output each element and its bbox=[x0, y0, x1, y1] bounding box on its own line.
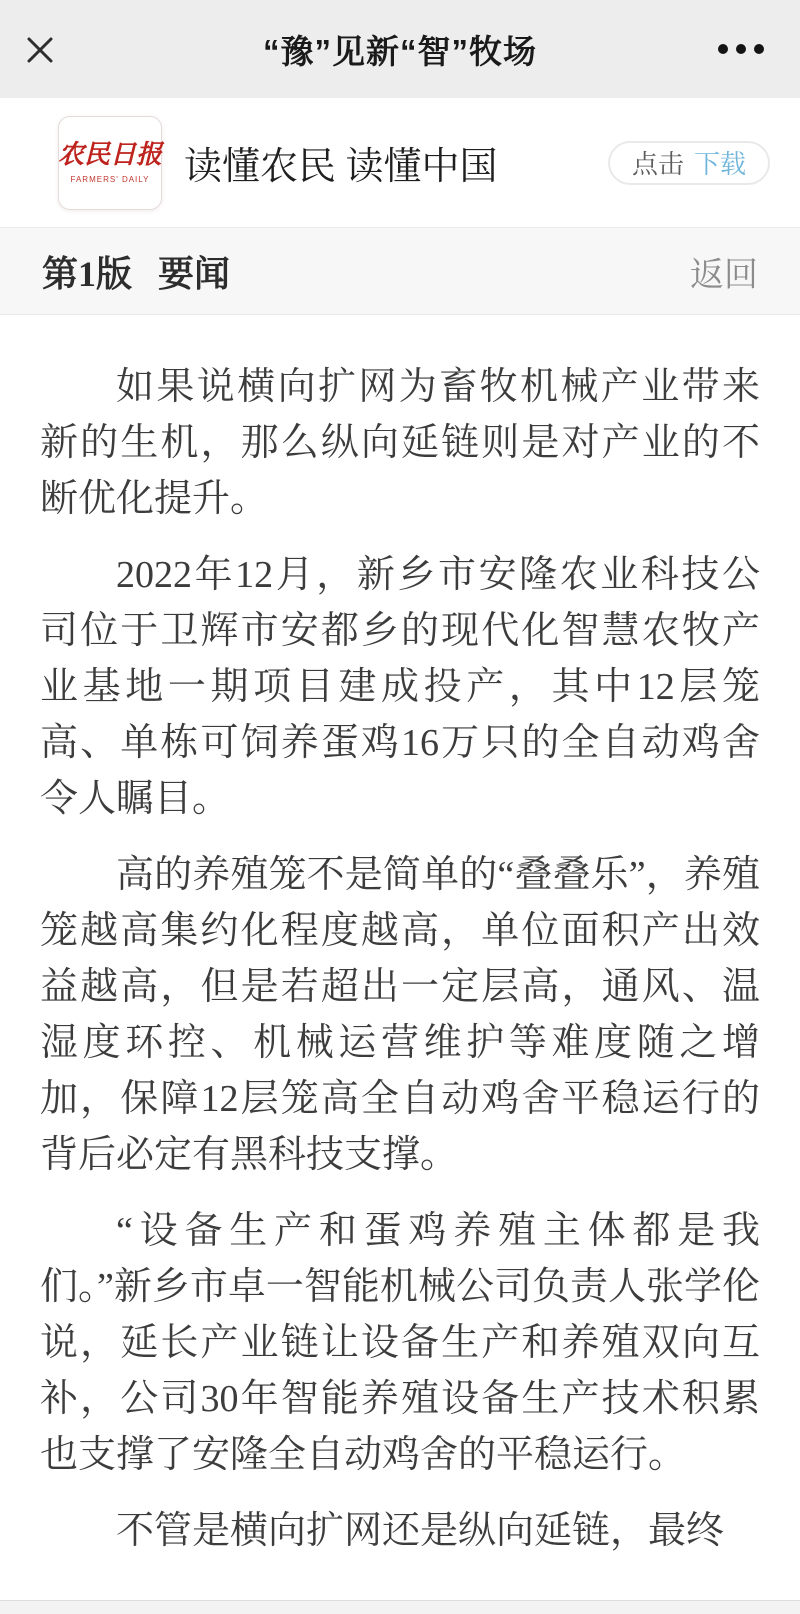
more-dots-icon bbox=[718, 44, 728, 54]
article-paragraph: 高的养殖笼不是简单的“叠叠乐”，养殖笼越高集约化程度越高，单位面积产出效益越高，… bbox=[40, 847, 760, 1183]
topbar: “豫”见新“智”牧场 bbox=[0, 0, 800, 98]
wechat-article-view: “豫”见新“智”牧场 农民日报 FARMERS' DAILY 读懂农民 读懂中国… bbox=[0, 0, 800, 1614]
page-title: “豫”见新“智”牧场 bbox=[0, 26, 800, 73]
download-action-label: 下载 bbox=[694, 144, 746, 181]
app-tagline: 读懂农民 读懂中国 bbox=[184, 135, 498, 190]
article-paragraph: 2022年12月，新乡市安隆农业科技公司位于卫辉市安都乡的现代化智慧农牧产业基地… bbox=[40, 547, 760, 827]
back-link[interactable]: 返回 bbox=[690, 247, 758, 296]
farmers-daily-logo: 农民日报 FARMERS' DAILY bbox=[58, 116, 162, 210]
download-prefix-label: 点击 bbox=[632, 144, 684, 181]
section-label: 要闻 bbox=[158, 246, 230, 297]
article-paragraph: “设备生产和蛋鸡养殖主体都是我们。”新乡市卓一智能机械公司负责人张学伦说，延长产… bbox=[40, 1203, 760, 1483]
article-paragraph: 不管是横向扩网还是纵向延链，最终 bbox=[40, 1503, 760, 1559]
section-bar: 第1版 要闻 返回 bbox=[0, 227, 800, 315]
more-menu-button[interactable] bbox=[718, 44, 764, 54]
download-button[interactable]: 点击 下载 bbox=[608, 141, 770, 185]
bottom-divider bbox=[0, 1600, 800, 1614]
logo-name: 农民日报 bbox=[58, 141, 162, 170]
logo-subtitle: FARMERS' DAILY bbox=[71, 175, 150, 184]
edition-label: 第1版 bbox=[42, 246, 132, 297]
app-header: 农民日报 FARMERS' DAILY 读懂农民 读懂中国 点击 下载 bbox=[0, 98, 800, 227]
article-paragraph: 如果说横向扩网为畜牧机械产业带来新的生机，那么纵向延链则是对产业的不断优化提升。 bbox=[40, 359, 760, 527]
article-body: 如果说横向扩网为畜牧机械产业带来新的生机，那么纵向延链则是对产业的不断优化提升。… bbox=[0, 315, 800, 1559]
